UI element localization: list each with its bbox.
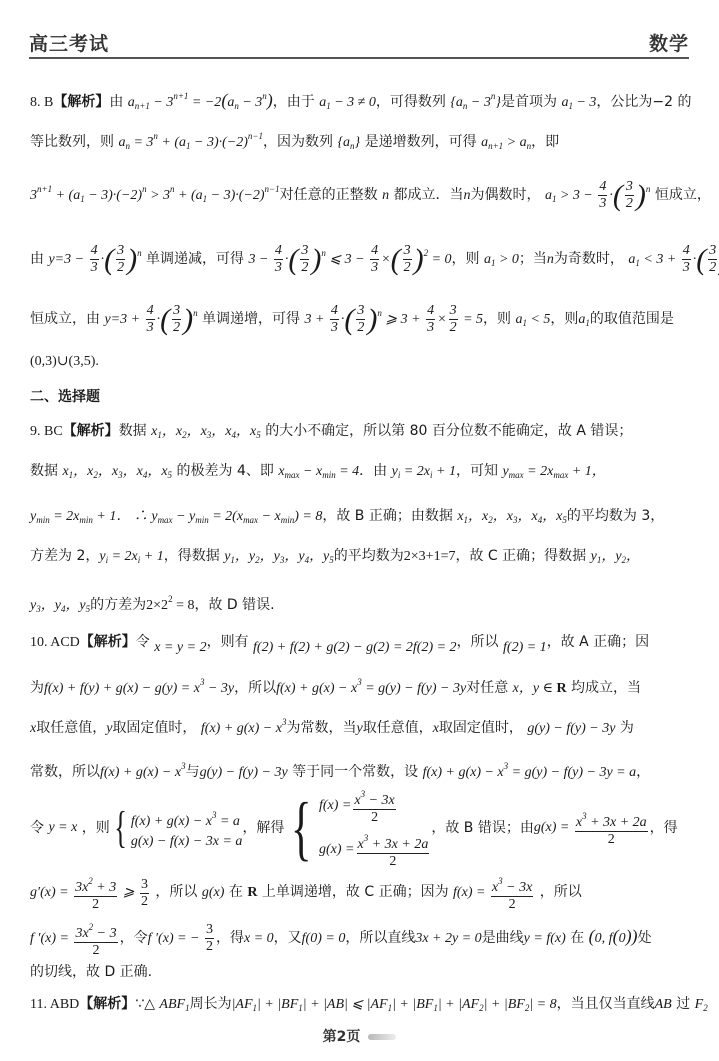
formula: g(x) (202, 885, 225, 900)
formula: 3n+1 + (a1 − 3)·(−2)n > 3n + (a1 − 3)·(−… (30, 188, 280, 203)
text: 的平均数为 3， (567, 508, 664, 524)
formula: x1，x2，x3，x4，x5 (457, 509, 567, 524)
formula: a1 > 3 − 43·(32)n (545, 188, 650, 203)
formula: g(y) − f(y) − 3y (200, 765, 288, 780)
analysis-tag: 【解析】 (79, 996, 135, 1012)
section-title: 二、选择题 (30, 386, 100, 406)
text: ．由 (359, 463, 387, 479)
q8-line-5: 恒成立，由 y=3 + 43·(32)n 单调递增，可得 3 + 43·(32)… (30, 296, 691, 330)
formula: a1 < 5 (515, 312, 550, 327)
scan-smudge (368, 1034, 396, 1040)
text: 为 (30, 680, 44, 696)
text: ，又 (274, 930, 302, 946)
text: 取任意值， (36, 720, 106, 736)
text: ， (636, 764, 650, 780)
q10-line-2: 为f(x) + f(y) + g(x) − g(y) = x3 − 3y，所以f… (30, 672, 691, 699)
text: ，所以 (540, 884, 582, 900)
formula: 2×3+1=7 (404, 549, 456, 564)
formula: y1，y2，y3，y4，y5 (224, 549, 334, 564)
text: 恒成立，由 (30, 311, 100, 327)
q10-line-4: 常数，所以f(x) + g(x) − x3与g(y) − f(y) − 3y 等… (30, 756, 691, 783)
formula: y3，y4，y5 (30, 598, 90, 613)
text: ，解得 (242, 818, 284, 838)
text: ∵△ (135, 996, 155, 1012)
text: 都成立．当 (394, 187, 464, 203)
formula: yi = 2xi + 1 (99, 549, 163, 564)
text: 单调递增，可得 (202, 311, 300, 327)
analysis-tag: 【解析】 (80, 634, 136, 650)
text: ，因为数列 (263, 134, 333, 150)
text: ，可知 (456, 463, 498, 479)
text: 在 (229, 884, 243, 900)
q9-line-5: y3，y4，y5的方差为2×22 = 8，故 D 错误. (30, 589, 691, 619)
formula: y=3 − 43·(32)n (48, 252, 141, 267)
formula: x = 0 (244, 931, 274, 946)
var-n: n (464, 188, 471, 203)
text: 取固定值时， (439, 720, 523, 736)
formula: a1 < 3 + 43·(32)n (628, 252, 719, 267)
q9-line-4: 方差为 2，yi = 2xi + 1，得数据 y1，y2，y3，y4，y5的平均… (30, 546, 691, 570)
formula: {an − 3n} (450, 95, 501, 110)
text: ；当 (519, 251, 547, 267)
text: 是递增数列，可得 (365, 134, 477, 150)
text: 的极差为 4、即 (177, 463, 274, 479)
formula: yi = 2xi + 1 (392, 464, 456, 479)
text: 均成立，当 (571, 680, 641, 696)
text: ，所以 (457, 634, 499, 650)
text: 方差为 2， (30, 548, 99, 564)
q10-line-6: g′(x) = 3x2 + 32 ⩾ 32 ，所以 g(x) 在 R 上单调递增… (30, 873, 691, 909)
text: 与 (186, 764, 200, 780)
q8-line-3: 3n+1 + (a1 − 3)·(−2)n > 3n + (a1 − 3)·(−… (30, 172, 691, 206)
left-brace-icon: { (114, 806, 127, 850)
var-n: n (382, 188, 389, 203)
formula: f(x) + f(y) + g(x) − g(y) = x3 − 3y (44, 681, 234, 696)
text: ，则 (452, 251, 480, 267)
text: ，公比为−2 的 (596, 94, 691, 110)
left-brace-icon: { (291, 792, 312, 864)
q11-line-1: 11. ABD【解析】∵△ ABF1周长为|AF1| + |BF1| + |AB… (30, 994, 691, 1018)
formula: y=3 + 43·(32)n (104, 312, 197, 327)
formula: F2 (695, 997, 708, 1012)
q10-line-7: f ′(x) = 3x2 − 32，令f ′(x) = − 32，得x = 0，… (30, 918, 691, 954)
exam-title: 高三考试 (29, 29, 109, 56)
text: 对任意的正整数 (280, 187, 378, 203)
text: ，故 D 错误. (194, 597, 274, 613)
q8-line-4: 由 y=3 − 43·(32)n 单调递减，可得 3 − 43·(32)n ⩽ … (30, 236, 691, 270)
text: ，则 (483, 311, 511, 327)
formula: (0, f(0)) (589, 931, 638, 946)
analysis-tag: 【解析】 (63, 423, 119, 439)
formula: xmax − xmin = 4 (278, 464, 359, 479)
equation-system: f(x) + g(x) − x3 = a g(x) − f(x) − 3x = … (131, 805, 243, 852)
var-n: n (547, 252, 554, 267)
text: 周长为 (190, 996, 232, 1012)
formula: f(2) = 1 (503, 640, 547, 655)
text: 上单调递增，故 C 正确；因为 (262, 884, 449, 900)
text: ，即 (531, 134, 559, 150)
formula: a1 > 0 (484, 252, 519, 267)
header-rule (29, 57, 689, 59)
formula: y = x (48, 818, 77, 838)
q10-line-5: 令 y = x ，则 { f(x) + g(x) − x3 = a g(x) −… (30, 790, 691, 866)
formula: 2×22 = 8 (146, 598, 194, 613)
formula: a1 − 3 ≠ 0 (319, 95, 376, 110)
text: ，所以 (234, 680, 276, 696)
text: 的大小不确定，所以第 80 百分位数不能确定，故 A 错误； (265, 423, 632, 439)
text: 恒成立， (655, 187, 711, 203)
formula: a1 (578, 312, 590, 327)
q10-line-1: 10. ACD【解析】令 x = y = 2，则有 f(2) + f(2) + … (30, 632, 691, 658)
text: 令 (30, 818, 44, 838)
formula: f(2) + f(2) + g(2) − g(2) = 2f(2) = 2 (253, 640, 457, 655)
formula: 3x + 2y = 0 (415, 931, 481, 946)
formula: x，y ∈ R (513, 681, 567, 696)
text: 的方差为 (90, 597, 146, 613)
text: 由 (30, 251, 44, 267)
text: 的取值范围是 (590, 311, 674, 327)
text: 单调递减，可得 (146, 251, 244, 267)
formula: ymin = 2xmin + 1． ∴ ymax − ymin = 2(xmax… (30, 509, 322, 524)
q9-line-2: 数据 x1，x2，x3，x4，x5 的极差为 4、即 xmax − xmin =… (30, 461, 691, 485)
text: ，故 A 正确；因 (547, 634, 649, 650)
text: ，则有 (207, 634, 249, 650)
text: 为奇数时， (554, 251, 624, 267)
page-number: 第2页 (323, 1029, 361, 1045)
text: 在 (570, 930, 584, 946)
text: 数据 (30, 463, 58, 479)
text: 过 (676, 996, 690, 1012)
formula: ymax = 2xmax + 1， (502, 464, 605, 479)
formula: y = f(x) (524, 931, 566, 946)
q8-answer: (0,3)∪(3,5). (30, 351, 691, 372)
text: 为偶数时， (471, 187, 541, 203)
formula: {an} (337, 135, 360, 150)
text: 取任意值， (363, 720, 433, 736)
text: 令 (136, 634, 150, 650)
text: 对任意 (466, 680, 508, 696)
text: ，故 C 正确；得数据 (455, 548, 586, 564)
formula: f ′(x) = 3x2 − 32 (30, 931, 120, 946)
formula: x = y = 2 (154, 640, 206, 655)
text: 取固定值时， (112, 720, 196, 736)
q10-number: 10. ACD (30, 635, 80, 650)
text: 等于同一个常数，设 (292, 764, 418, 780)
text: 的切线，故 D 正确. (30, 964, 152, 980)
text: 由 (109, 94, 123, 110)
formula: f(x) = x3 − 3x2 (453, 885, 535, 900)
formula: an = 3n + (a1 − 3)·(−2)n−1 (118, 135, 263, 150)
solution-system: f(x) = x3 − 3x2 g(x) = x3 + 3x + 2a2 (319, 782, 431, 874)
text: ，故 B 错误；由 (431, 818, 534, 838)
text: ，得 (650, 818, 678, 838)
formula: g′(x) = 3x2 + 32 ⩾ 32 (30, 885, 151, 900)
page-footer: 第2页 (0, 1026, 719, 1046)
q9-number: 9. BC (30, 424, 63, 439)
text: 为 (620, 720, 634, 736)
text: 的平均数为 (334, 548, 404, 564)
formula: 3 − 43·(32)n ⩽ 3 − 43×(32)2 = 0 (248, 252, 451, 267)
text: 为常数，当 (286, 720, 356, 736)
formula: a1 − 3 (561, 95, 596, 110)
text: ，所以直线 (345, 930, 415, 946)
formula: f(x) + g(x) − x3 = g(y) − f(y) − 3y (276, 681, 466, 696)
formula: x1，x2，x3，x4，x5 (151, 424, 261, 439)
text: 等比数列，则 (30, 134, 114, 150)
text: 数据 (119, 423, 147, 439)
text: 处 (638, 930, 652, 946)
q8-number: 8. B (30, 95, 53, 110)
set-R: R (247, 885, 257, 900)
text: ，令 (120, 930, 148, 946)
formula: f(0) = 0 (302, 931, 346, 946)
q8-line-1: 8. B【解析】由 an+1 − 3n+1 = −2(an − 3n)，由于 a… (30, 86, 691, 116)
formula: f(x) + g(x) − x3 (201, 721, 287, 736)
q11-number: 11. ABD (30, 997, 79, 1012)
text: ，所以 (155, 884, 197, 900)
formula: an+1 − 3n+1 = −2(an − 3n) (128, 95, 273, 110)
formula: x1，x2，x3，x4，x5 (62, 464, 172, 479)
formula: y1，y2， (591, 549, 640, 564)
q9-line-1: 9. BC【解析】数据 x1，x2，x3，x4，x5 的大小不确定，所以第 80… (30, 421, 691, 445)
formula: f(x) + g(x) − x3 (100, 765, 186, 780)
formula: g(x) = x3 + 3x + 2a2 (534, 808, 650, 848)
document-page: 高三考试 数学 8. B【解析】由 an+1 − 3n+1 = −2(an − … (0, 0, 719, 1061)
text: ，由于 (273, 94, 315, 110)
text: ，得数据 (164, 548, 220, 564)
text: 是首项为 (501, 94, 557, 110)
text: ，故 B 正确；由数据 (322, 508, 453, 524)
q10-line-8: 的切线，故 D 正确. (30, 962, 691, 982)
formula: ABF1 (159, 997, 189, 1012)
formula: AB (655, 997, 672, 1012)
text: ，可得数列 (376, 94, 446, 110)
text: 是曲线 (482, 930, 524, 946)
formula: g(y) − f(y) − 3y (527, 721, 615, 736)
q10-line-3: x取任意值，y取固定值时， f(x) + g(x) − x3为常数，当y取任意值… (30, 712, 691, 739)
formula: f ′(x) = − 32 (148, 931, 216, 946)
formula: 3 + 43·(32)n ⩾ 3 + 43×32 = 5 (304, 312, 483, 327)
text: ，得 (216, 930, 244, 946)
text: 常数，所以 (30, 764, 100, 780)
subject-title: 数学 (649, 29, 689, 56)
q9-line-3: ymin = 2xmin + 1． ∴ ymax − ymin = 2(xmax… (30, 506, 691, 530)
formula: an+1 > an (481, 135, 531, 150)
text: ，则 (550, 311, 578, 327)
q8-line-2: 等比数列，则 an = 3n + (a1 − 3)·(−2)n−1，因为数列 {… (30, 126, 691, 156)
analysis-tag: 【解析】 (53, 94, 109, 110)
text: ，则 (82, 818, 110, 838)
text: ，当且仅当直线 (557, 996, 655, 1012)
formula: f(x) + g(x) − x3 = g(y) − f(y) − 3y = a (423, 765, 637, 780)
formula: |AF1| + |BF1| + |AB| ⩽ |AF1| + |BF1| + |… (232, 997, 557, 1012)
answer-range: (0,3)∪(3,5). (30, 354, 99, 369)
